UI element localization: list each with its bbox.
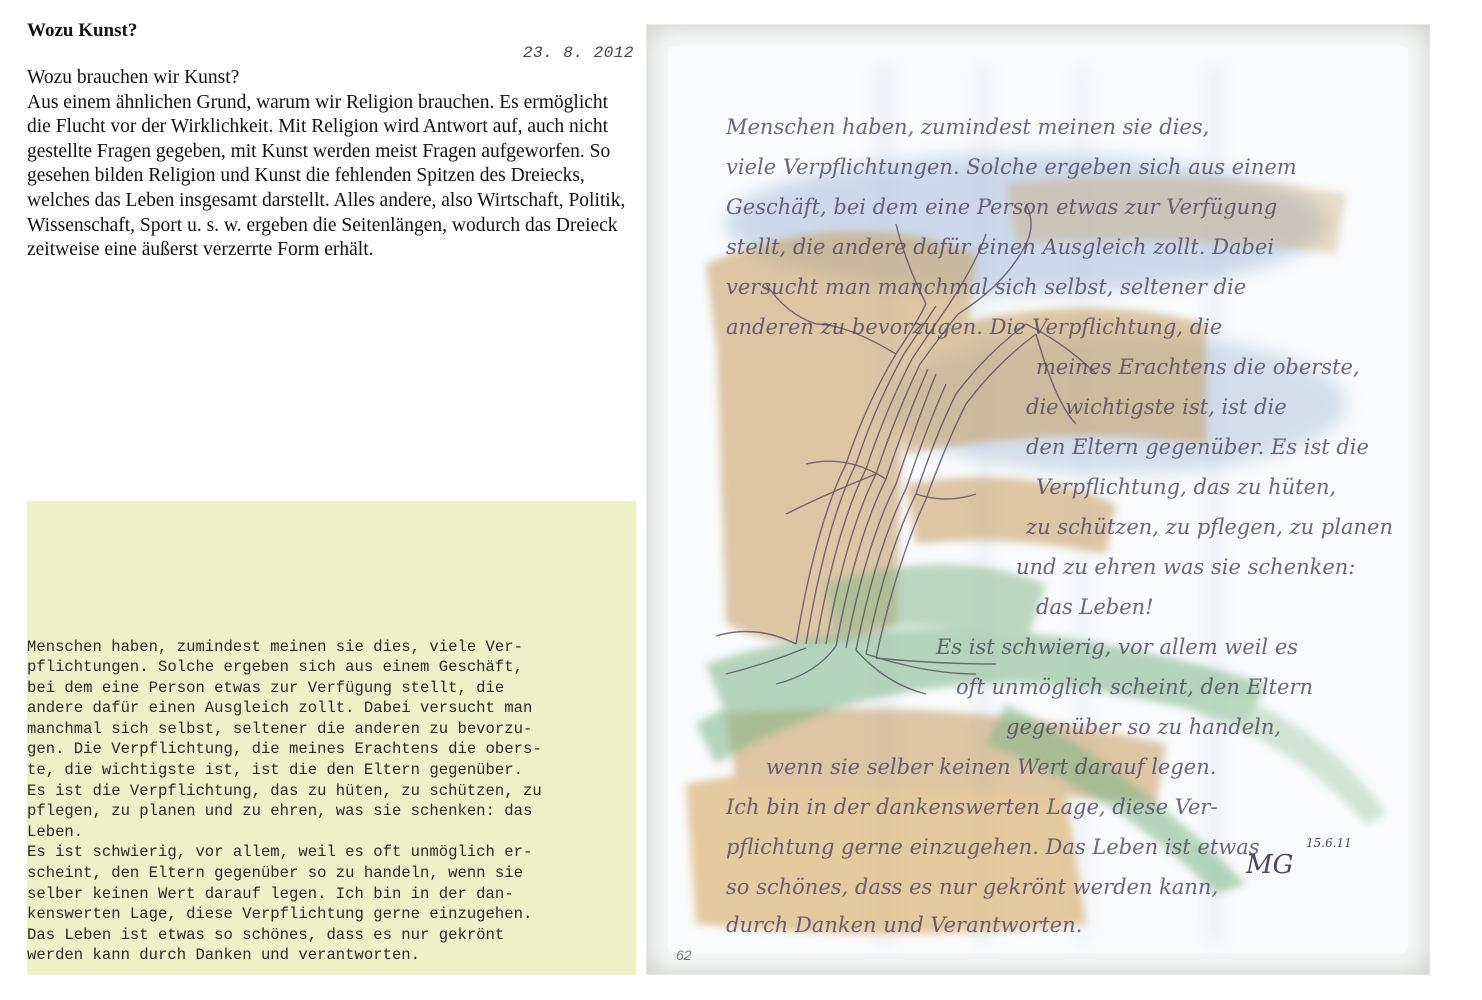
handwriting-line: meines Erachtens die oberste, <box>1036 355 1360 379</box>
transcription-box: Menschen haben, zumindest meinen sie die… <box>27 501 636 975</box>
handwriting-line: zu schützen, zu pflegen, zu planen <box>1025 515 1393 539</box>
signature-date: 15.6.11 <box>1306 836 1352 850</box>
handwriting-line: die wichtigste ist, ist die <box>1026 395 1287 419</box>
handwriting-line: Ich bin in der dankenswerten Lage, diese… <box>725 795 1218 819</box>
handwriting-line: anderen zu bevorzugen. Die Verpflichtung… <box>726 315 1222 339</box>
handwriting-line: versucht man manchmal sich selbst, selte… <box>726 275 1246 299</box>
intro-body: Aus einem ähnlichen Grund, warum wir Rel… <box>27 91 633 263</box>
signature: MG <box>1246 850 1293 880</box>
intro-question: Wozu brauchen wir Kunst? <box>27 66 633 91</box>
article-title: Wozu Kunst? <box>27 20 137 42</box>
handwriting-line: stellt, die andere dafür einen Ausgleich… <box>726 235 1274 259</box>
handwriting-line: den Eltern gegenüber. Es ist die <box>1026 435 1369 459</box>
watercolor-tree-painting: Menschen haben, zumindest meinen sie die… <box>646 24 1430 975</box>
handwriting-line: das Leben! <box>1036 595 1154 619</box>
page-number: 62 <box>676 947 692 963</box>
handwriting-line: viele Verpflichtungen. Solche ergeben si… <box>726 155 1297 179</box>
handwriting-line: durch Danken und Verantworten. <box>726 913 1082 937</box>
artwork-frame: Menschen haben, zumindest meinen sie die… <box>646 24 1430 975</box>
handwriting-line: Geschäft, bei dem eine Person etwas zur … <box>726 195 1277 219</box>
handwriting-line: gegenüber so zu handeln, <box>1006 715 1281 739</box>
handwriting-line: Es ist schwierig, vor allem weil es <box>935 635 1298 659</box>
intro-text: Wozu brauchen wir Kunst? Aus einem ähnli… <box>27 66 633 263</box>
transcription-text: Menschen haben, zumindest meinen sie die… <box>27 637 636 967</box>
handwriting-line: Menschen haben, zumindest meinen sie die… <box>725 115 1209 139</box>
article-date: 23. 8. 2012 <box>523 44 634 62</box>
handwriting-line: so schönes, dass es nur gekrönt werden k… <box>726 875 1218 899</box>
handwriting-line: pflichtung gerne einzugehen. Das Leben i… <box>726 835 1260 859</box>
handwriting-line: oft unmöglich scheint, den Eltern <box>956 675 1313 699</box>
handwriting-line: wenn sie selber keinen Wert darauf legen… <box>766 755 1216 779</box>
handwriting-line: und zu ehren was sie schenken: <box>1016 555 1355 579</box>
handwriting-line: Verpflichtung, das zu hüten, <box>1036 475 1336 499</box>
